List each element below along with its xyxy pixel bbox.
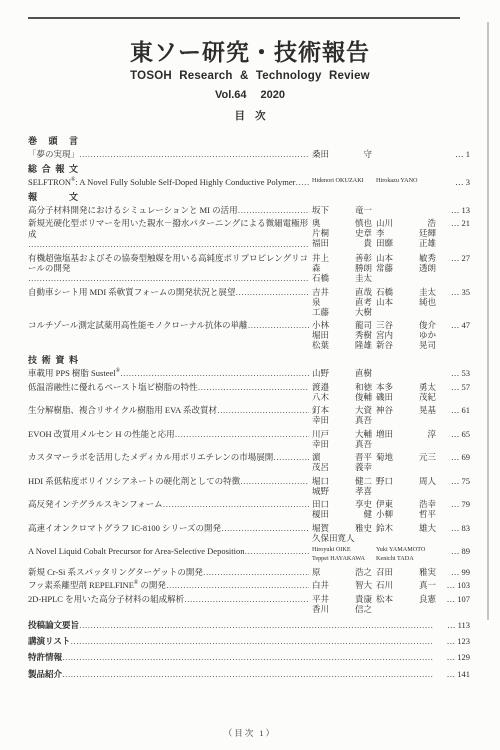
author-given-name: 圭太 xyxy=(355,273,372,283)
authors-column: 川戸大輔幸田真吾 xyxy=(312,429,372,449)
author-given-name: 慎也 xyxy=(355,218,372,228)
entry-title-cell: 高速イオンクロマトグラフ IC-8100 シリーズの開発 xyxy=(28,523,312,533)
authors-column: 桑田守 xyxy=(312,149,372,159)
page-number: 99 xyxy=(436,567,470,577)
entry-title: SELFTRON®: A Novel Fully Soluble Self-Do… xyxy=(28,177,295,187)
page-number: 65 xyxy=(436,429,470,439)
toc-entry: 高速イオンクロマトグラフ IC-8100 シリーズの開発堀賀雅史久保田寛人鈴木雄… xyxy=(28,523,470,543)
author-given-name: 雅史 xyxy=(355,523,372,533)
author-given-name: 直考 xyxy=(355,297,372,307)
author-name: 石川真一 xyxy=(376,580,436,590)
authors-column: 濵晋平茂呂義幸 xyxy=(312,452,372,472)
toc-entry: 新規光硬化型ポリマーを用いた親水－撥水パターニングによる微細電極形成奥慎也片桐史… xyxy=(28,218,470,249)
dot-leader xyxy=(120,368,309,378)
toc-entry: SELFTRON®: A Novel Fully Soluble Self-Do… xyxy=(28,177,470,187)
author-family-name: 井上 xyxy=(312,253,329,263)
entry-title-cell: 高反発インテグラルスキンフォーム xyxy=(28,499,312,509)
author-name: 小柳哲平 xyxy=(376,509,436,519)
author-name: 三谷俊介 xyxy=(376,320,436,330)
author-family-name: 釘本 xyxy=(312,405,329,415)
author-given-name: 浩之 xyxy=(355,567,372,577)
backmatter-entry: 特許情報129 xyxy=(28,652,470,662)
dot-leader xyxy=(240,476,309,486)
authors-column: 小林龍司堀田秀樹松葉隆雄 xyxy=(312,320,372,350)
author-given-name: 真吾 xyxy=(355,415,372,425)
author-given-name: 元三 xyxy=(419,452,436,462)
author-name: 八木俊輔 xyxy=(312,392,372,402)
author-given-name: 孝喜 xyxy=(355,486,372,496)
author-family-name: 磯田 xyxy=(376,392,393,402)
author-name: 松本良憲 xyxy=(376,594,436,604)
authors-column: 石川真一 xyxy=(376,580,436,590)
dot-leader xyxy=(198,382,309,392)
author-name: Kenichi TADA xyxy=(376,555,436,563)
author-family-name: 城野 xyxy=(312,486,329,496)
author-given-name: 哲平 xyxy=(419,509,436,519)
author-given-name: 健 xyxy=(363,509,372,519)
author-given-name: 健二 xyxy=(355,476,372,486)
entry-title: 製品紹介 xyxy=(28,669,62,679)
toc-entry: 自動車シート用 MDI 系軟質フォームの開発状況と展望吉井直哉泉直考工藤大樹石橋… xyxy=(28,287,470,317)
author-family-name: 幸田 xyxy=(312,415,329,425)
author-family-name: 坂下 xyxy=(312,205,329,215)
dot-leader xyxy=(28,239,309,249)
author-name: 山本純也 xyxy=(376,297,436,307)
dot-leader xyxy=(70,636,433,646)
author-family-name: 石橋 xyxy=(312,273,329,283)
toc-entry: カスタマーラボを活用したメディカル用ポリエチレンの市場展開濵晋平茂呂義幸菊地元三… xyxy=(28,452,470,472)
dot-leader xyxy=(248,320,309,330)
authors-column: 菊地元三 xyxy=(376,452,436,462)
author-family-name: 田口 xyxy=(312,499,329,509)
contents-heading: 目次 xyxy=(0,108,500,123)
author-family-name: 堀賀 xyxy=(312,523,329,533)
dot-leader xyxy=(184,594,309,604)
toc-entry: 車載用 PPS 樹脂 Susteel®山野直樹53 xyxy=(28,368,470,378)
entry-title: 新規 Cr-Si 系スパッタリングターゲットの開発 xyxy=(28,567,203,577)
entry-title-cell: EVOH 改質用メルセン H の性能と応用 xyxy=(28,429,312,439)
author-name: 片桐史章 xyxy=(312,228,372,238)
author-given-name: 直哉 xyxy=(355,287,372,297)
author-name: 城野孝喜 xyxy=(312,486,372,496)
author-given-name: ゆか xyxy=(419,330,436,340)
author-name: 茂呂義幸 xyxy=(312,462,372,472)
page-number: 123 xyxy=(436,636,470,646)
authors-column: 山川浩李廷輝田靡正雄 xyxy=(376,218,436,248)
authors-column: 坂下竜一 xyxy=(312,205,372,215)
entry-title-cell: 「夢の実現」 xyxy=(28,149,312,159)
authors-column: 山野直樹 xyxy=(312,368,372,378)
author-given-name: 茂紀 xyxy=(419,392,436,402)
author-family-name: 濵 xyxy=(312,452,321,462)
author-name: 森勝朗 xyxy=(312,263,372,273)
entry-title: EVOH 改質用メルセン H の性能と応用 xyxy=(28,429,175,439)
author-given-name: 竜一 xyxy=(355,205,372,215)
page-number: 75 xyxy=(436,476,470,486)
author-family-name: 田靡 xyxy=(376,238,393,248)
backmatter-entry: 製品紹介141 xyxy=(28,669,470,679)
dot-leader xyxy=(163,499,309,509)
author-name: 神谷晃基 xyxy=(376,405,436,415)
author-family-name: 山野 xyxy=(312,368,329,378)
section-label-2: 報文 xyxy=(28,192,470,203)
entry-title-cell: 新規 Cr-Si 系スパッタリングターゲットの開発 xyxy=(28,567,312,577)
volume-line: Vol.642020 xyxy=(0,89,500,101)
author-given-name: 敏秀 xyxy=(419,253,436,263)
author-name: 石橋圭太 xyxy=(376,287,436,297)
author-given-name: 晋平 xyxy=(355,452,372,462)
author-name: 小林龍司 xyxy=(312,320,372,330)
author-given-name: 隆雄 xyxy=(355,340,372,350)
author-name: 白井智大 xyxy=(312,580,372,590)
authors-column: 山本敏秀常藤透朗 xyxy=(376,253,436,273)
page-number: 129 xyxy=(436,652,470,662)
author-given-name: 透朗 xyxy=(419,263,436,273)
author-given-name: 雅実 xyxy=(419,567,436,577)
table-of-contents: 巻頭言「夢の実現」桑田守1総合報文SELFTRON®: A Novel Full… xyxy=(0,123,500,679)
author-family-name: 平井 xyxy=(312,594,329,604)
toc-entry: 高分子材料開発におけるシミュレーションと MI の活用坂下竜一13 xyxy=(28,205,470,215)
author-given-name: 龍司 xyxy=(355,320,372,330)
author-family-name: 片桐 xyxy=(312,228,329,238)
author-given-name: 正雄 xyxy=(419,238,436,248)
author-given-name: 浩 xyxy=(427,218,436,228)
author-family-name: 茂呂 xyxy=(312,462,329,472)
entry-title-cell: HDI 系低粘度ポリイソシアネートの硬化剤としての特徴 xyxy=(28,476,312,486)
page-number: 69 xyxy=(436,452,470,462)
author-name: 吉井直哉 xyxy=(312,287,372,297)
scan-artifact-top-line xyxy=(28,17,460,19)
author-family-name: 渡邉 xyxy=(312,382,329,392)
author-name: 坂下竜一 xyxy=(312,205,372,215)
entry-title: フッ素系離型剤 REPELFINE® の開発 xyxy=(28,580,166,590)
entry-title: A Novel Liquid Cobalt Precursor for Area… xyxy=(28,546,244,556)
authors-column: Hiroyuki OIKETeppei HAYAKAWA xyxy=(312,546,372,563)
authors-column: 奥慎也片桐史章福田貴 xyxy=(312,218,372,248)
author-family-name: 菊地 xyxy=(376,452,393,462)
dot-leader xyxy=(62,652,433,662)
author-given-name: 浩幸 xyxy=(419,499,436,509)
entry-title: 「夢の実現」 xyxy=(28,149,79,159)
author-name: 磯田茂紀 xyxy=(376,392,436,402)
entry-title-cell: 講演リスト xyxy=(28,636,436,646)
author-name: 田口享史 xyxy=(312,499,372,509)
author-given-name: 雄大 xyxy=(419,523,436,533)
dot-leader xyxy=(166,580,309,590)
authors-column: Hirokazu YANO xyxy=(376,177,436,185)
author-family-name: 森 xyxy=(312,263,321,273)
authors-column: 井上善彰森勝朗石橋圭太 xyxy=(312,253,372,283)
author-family-name: 白井 xyxy=(312,580,329,590)
authors-column: 石橋圭太山本純也 xyxy=(376,287,436,307)
journal-title-english: TOSOH Research & Technology Review xyxy=(0,70,500,82)
entry-title-cell: 低温溶融性に優れるペースト塩ビ樹脂の特性 xyxy=(28,382,312,392)
author-name: 奥慎也 xyxy=(312,218,372,228)
toc-entry: 高反発インテグラルスキンフォーム田口享史榎田健伊東浩幸小柳哲平79 xyxy=(28,499,470,519)
author-name: 原浩之 xyxy=(312,567,372,577)
authors-column: 原浩之 xyxy=(312,567,372,577)
author-family-name: 松葉 xyxy=(312,340,329,350)
page-number: 57 xyxy=(436,382,470,392)
author-name: 菊地元三 xyxy=(376,452,436,462)
section-label-3: 技術資料 xyxy=(28,355,470,366)
author-name: 川戸大輔 xyxy=(312,429,372,439)
entry-title-cell: カスタマーラボを活用したメディカル用ポリエチレンの市場展開 xyxy=(28,452,312,462)
author-name: 田靡正雄 xyxy=(376,238,436,248)
author-name: 久保田寛人 xyxy=(312,533,372,543)
author-family-name: 堀田 xyxy=(312,330,329,340)
author-family-name: 増田 xyxy=(376,429,393,439)
author-name: 石橋圭太 xyxy=(312,273,372,283)
registered-mark: ® xyxy=(71,177,75,183)
entry-title: 新規光硬化型ポリマーを用いた親水－撥水パターニングによる微細電極形成 xyxy=(28,218,309,238)
author-name: 香川信之 xyxy=(312,604,372,614)
page-number: 89 xyxy=(436,546,470,556)
entry-title: 投稿論文要旨 xyxy=(28,620,79,630)
author-given-name: 智大 xyxy=(355,580,372,590)
authors-column: 堀賀雅史久保田寛人 xyxy=(312,523,372,543)
author-family-name: 泉 xyxy=(312,297,321,307)
section-label-text: 報文 xyxy=(28,192,78,203)
page-number: 103 xyxy=(436,580,470,590)
dot-leader xyxy=(238,205,309,215)
authors-column: 平井貴康香川信之 xyxy=(312,594,372,614)
toc-entry: EVOH 改質用メルセン H の性能と応用川戸大輔幸田真吾増田淳65 xyxy=(28,429,470,449)
dot-leader xyxy=(244,546,309,556)
author-name: 福田貴 xyxy=(312,238,372,248)
authors-column: 釘本大資幸田真吾 xyxy=(312,405,372,425)
author-given-name: 大樹 xyxy=(355,307,372,317)
entry-title: HDI 系低粘度ポリイソシアネートの硬化剤としての特徴 xyxy=(28,476,240,486)
author-name: 平井貴康 xyxy=(312,594,372,604)
authors-column: 三谷俊介宮内ゆか新谷晃司 xyxy=(376,320,436,350)
page-number: 61 xyxy=(436,405,470,415)
page-number: 13 xyxy=(436,205,470,215)
entry-title-cell: 自動車シート用 MDI 系軟質フォームの開発状況と展望 xyxy=(28,287,312,297)
section-label-text: 技術資料 xyxy=(28,355,78,366)
author-given-name: 周人 xyxy=(419,476,436,486)
toc-entry: 生分解樹脂、複合リサイクル樹脂用 EVA 系改質材釘本大資幸田真吾神谷晃基61 xyxy=(28,405,470,425)
author-given-name: 貴康 xyxy=(355,594,372,604)
section-label-text: 総合報文 xyxy=(28,164,78,175)
author-name: 井上善彰 xyxy=(312,253,372,263)
entry-title-cell: 投稿論文要旨 xyxy=(28,620,436,630)
authors-column: 野口周人 xyxy=(376,476,436,486)
author-family-name: 八木 xyxy=(312,392,329,402)
entry-title-cell: フッ素系離型剤 REPELFINE® の開発 xyxy=(28,580,312,590)
author-family-name: 福田 xyxy=(312,238,329,248)
page-number: 141 xyxy=(436,669,470,679)
author-name: 本多勇太 xyxy=(376,382,436,392)
author-given-name: 勇太 xyxy=(419,382,436,392)
entry-title: 生分解樹脂、複合リサイクル樹脂用 EVA 系改質材 xyxy=(28,405,217,415)
author-given-name: 大輔 xyxy=(355,429,372,439)
authors-column: 松本良憲 xyxy=(376,594,436,604)
author-name: Yuki YAMAMOTO xyxy=(376,546,436,554)
page-number: 35 xyxy=(436,287,470,297)
author-given-name: 良憲 xyxy=(419,594,436,604)
entry-title: 自動車シート用 MDI 系軟質フォームの開発状況と展望 xyxy=(28,287,235,297)
author-name: Hidenori OKUZAKI xyxy=(312,177,372,185)
author-name: 釘本大資 xyxy=(312,405,372,415)
author-given-name: 享史 xyxy=(355,499,372,509)
author-name: Hiroyuki OIKE xyxy=(312,546,372,554)
author-name: 幸田真吾 xyxy=(312,439,372,449)
dot-leader xyxy=(79,620,433,630)
toc-page: 東ソー研究・技術報告 TOSOH Research & Technology R… xyxy=(0,0,500,750)
authors-column: Hidenori OKUZAKI xyxy=(312,177,372,185)
author-family-name: 川戸 xyxy=(312,429,329,439)
backmatter-entry: 講演リスト123 xyxy=(28,636,470,646)
author-given-name: 貴 xyxy=(363,238,372,248)
entry-title: 高速イオンクロマトグラフ IC-8100 シリーズの開発 xyxy=(28,523,221,533)
authors-column: 田口享史榎田健 xyxy=(312,499,372,519)
author-given-name: 廷輝 xyxy=(419,228,436,238)
entry-title: 高分子材料開発におけるシミュレーションと MI の活用 xyxy=(28,205,238,215)
section-label-0: 巻頭言 xyxy=(28,136,470,147)
dot-leader xyxy=(273,452,309,462)
author-family-name: 宮内 xyxy=(376,330,393,340)
dot-leader xyxy=(175,429,309,439)
author-family-name: 本多 xyxy=(376,382,393,392)
author-given-name: 秀樹 xyxy=(355,330,372,340)
author-name: 新谷晃司 xyxy=(376,340,436,350)
dot-leader xyxy=(217,405,309,415)
registered-mark: ® xyxy=(134,580,138,586)
dot-leader xyxy=(235,287,309,297)
author-given-name: 義幸 xyxy=(355,462,372,472)
page-number: 1 xyxy=(436,149,470,159)
author-family-name: 石橋 xyxy=(376,287,393,297)
author-family-name: 松本 xyxy=(376,594,393,604)
entry-title-cell: 製品紹介 xyxy=(28,669,436,679)
author-name: 泉直考 xyxy=(312,297,372,307)
author-name: 幸田真吾 xyxy=(312,415,372,425)
author-given-name: 純也 xyxy=(419,297,436,307)
author-name: 伊東浩幸 xyxy=(376,499,436,509)
footer-page-label: （目次 1） xyxy=(224,728,276,738)
page-footer: （目次 1） xyxy=(0,727,500,739)
authors-column: 鈴木雄大 xyxy=(376,523,436,533)
dot-leader xyxy=(79,149,309,159)
author-name: 野口周人 xyxy=(376,476,436,486)
author-family-name: 堀口 xyxy=(312,476,329,486)
toc-entry: 2D-HPLC を用いた高分子材料の組成解析平井貴康香川信之松本良憲107 xyxy=(28,594,470,614)
author-given-name: 真吾 xyxy=(355,439,372,449)
authors-column: 渡邉和徳八木俊輔 xyxy=(312,382,372,402)
volume-year: 2020 xyxy=(261,89,285,101)
author-family-name: 小柳 xyxy=(376,509,393,519)
dot-leader xyxy=(28,273,309,283)
author-name: 濵晋平 xyxy=(312,452,372,462)
author-name: 堀田秀樹 xyxy=(312,330,372,340)
author-family-name: 小林 xyxy=(312,320,329,330)
author-name: 堀賀雅史 xyxy=(312,523,372,533)
entry-title-cell: 2D-HPLC を用いた高分子材料の組成解析 xyxy=(28,594,312,604)
author-name: 山野直樹 xyxy=(312,368,372,378)
entry-title-cell: SELFTRON®: A Novel Fully Soluble Self-Do… xyxy=(28,177,312,187)
author-given-name: 晃司 xyxy=(419,340,436,350)
authors-column: 白井智大 xyxy=(312,580,372,590)
entry-title: 2D-HPLC を用いた高分子材料の組成解析 xyxy=(28,594,184,604)
author-family-name: 山本 xyxy=(376,297,393,307)
dot-leader xyxy=(62,669,433,679)
entry-title-cell: 車載用 PPS 樹脂 Susteel® xyxy=(28,368,312,378)
author-family-name: 三谷 xyxy=(376,320,393,330)
authors-column: 神谷晃基 xyxy=(376,405,436,415)
page-number: 21 xyxy=(436,218,470,228)
toc-entry: コルチゾール測定試薬用高性能モノクローナル抗体の単離小林龍司堀田秀樹松葉隆雄三谷… xyxy=(28,320,470,350)
author-family-name: 召田 xyxy=(376,567,393,577)
author-family-name: 吉井 xyxy=(312,287,329,297)
author-family-name: 石川 xyxy=(376,580,393,590)
entry-title: カスタマーラボを活用したメディカル用ポリエチレンの市場展開 xyxy=(28,452,273,462)
page-number: 27 xyxy=(436,253,470,263)
entry-title: 低温溶融性に優れるペースト塩ビ樹脂の特性 xyxy=(28,382,198,392)
author-name: 工藤大樹 xyxy=(312,307,372,317)
author-name: 松葉隆雄 xyxy=(312,340,372,350)
page-number: 113 xyxy=(436,620,470,630)
author-given-name: 圭太 xyxy=(419,287,436,297)
page-number: 3 xyxy=(436,177,470,187)
author-name: 山本敏秀 xyxy=(376,253,436,263)
toc-entry: 「夢の実現」桑田守1 xyxy=(28,149,470,159)
author-name: 増田淳 xyxy=(376,429,436,439)
authors-column: 伊東浩幸小柳哲平 xyxy=(376,499,436,519)
author-given-name: 大資 xyxy=(355,405,372,415)
entry-title-cell: 高分子材料開発におけるシミュレーションと MI の活用 xyxy=(28,205,312,215)
author-name: 山川浩 xyxy=(376,218,436,228)
entry-title: 講演リスト xyxy=(28,636,70,646)
toc-entry: 低温溶融性に優れるペースト塩ビ樹脂の特性渡邉和徳八木俊輔本多勇太磯田茂紀57 xyxy=(28,382,470,402)
toc-entry: HDI 系低粘度ポリイソシアネートの硬化剤としての特徴堀口健二城野孝喜野口周人7… xyxy=(28,476,470,496)
toc-entry: A Novel Liquid Cobalt Precursor for Area… xyxy=(28,546,470,563)
author-family-name: 鈴木 xyxy=(376,523,393,533)
entry-title: コルチゾール測定試薬用高性能モノクローナル抗体の単離 xyxy=(28,320,248,330)
author-family-name: 新谷 xyxy=(376,340,393,350)
volume-number: Vol.64 xyxy=(215,89,247,101)
toc-entry: 有機超強塩基およびその協奏型触媒を用いる高純度ポリプロピレングリコールの開発井上… xyxy=(28,253,470,284)
author-family-name: 野口 xyxy=(376,476,393,486)
section-label-1: 総合報文 xyxy=(28,164,470,175)
author-family-name: 李 xyxy=(376,228,385,238)
scan-artifact-right-edge xyxy=(487,22,489,620)
author-given-name: 善彰 xyxy=(355,253,372,263)
entry-title: 特許情報 xyxy=(28,652,62,662)
entry-title-cell: 新規光硬化型ポリマーを用いた親水－撥水パターニングによる微細電極形成 xyxy=(28,218,312,249)
author-family-name: 工藤 xyxy=(312,307,329,317)
author-given-name: 信之 xyxy=(355,604,372,614)
author-given-name: 晃基 xyxy=(419,405,436,415)
author-family-name: 榎田 xyxy=(312,509,329,519)
section-label-text: 巻頭言 xyxy=(28,136,78,147)
authors-column: Yuki YAMAMOTOKenichi TADA xyxy=(376,546,436,563)
author-family-name: 桑田 xyxy=(312,149,329,159)
entry-title-cell: 有機超強塩基およびその協奏型触媒を用いる高純度ポリプロピレングリコールの開発 xyxy=(28,253,312,284)
authors-column: 堀口健二城野孝喜 xyxy=(312,476,372,496)
author-family-name: 幸田 xyxy=(312,439,329,449)
author-name: 鈴木雄大 xyxy=(376,523,436,533)
entry-title: 高反発インテグラルスキンフォーム xyxy=(28,499,163,509)
author-given-name: 史章 xyxy=(355,228,372,238)
author-family-name: 香川 xyxy=(312,604,329,614)
entry-title-cell: A Novel Liquid Cobalt Precursor for Area… xyxy=(28,546,312,556)
journal-title-japanese: 東ソー研究・技術報告 xyxy=(0,34,500,67)
author-name: 桑田守 xyxy=(312,149,372,159)
author-family-name: 奥 xyxy=(312,218,321,228)
author-name: 堀口健二 xyxy=(312,476,372,486)
entry-title-cell: 生分解樹脂、複合リサイクル樹脂用 EVA 系改質材 xyxy=(28,405,312,415)
